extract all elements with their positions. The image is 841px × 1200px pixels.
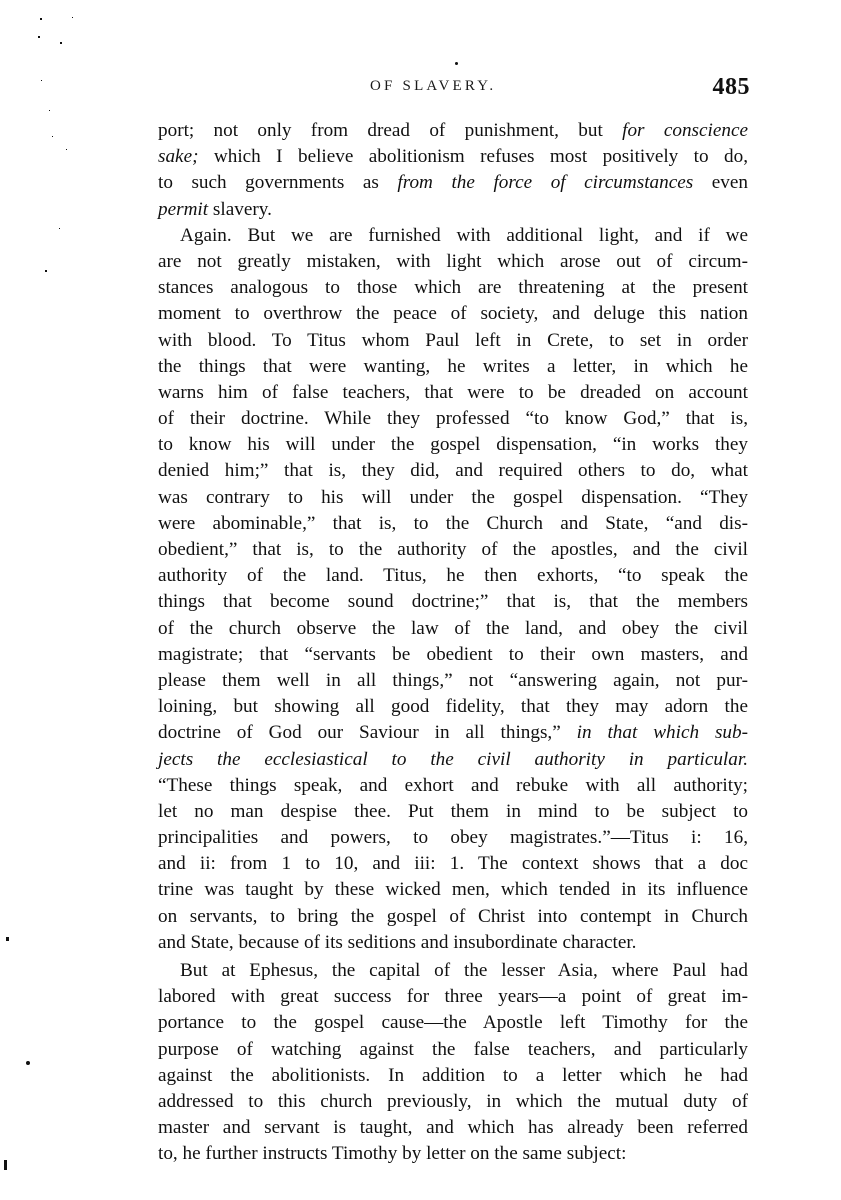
text-line: please them well in all things,” not “an… [158, 668, 748, 694]
text-run: let no man despise thee. Put them in min… [158, 801, 748, 822]
text-run: of their doctrine. While they professed … [158, 408, 748, 429]
scan-speck [45, 270, 47, 272]
text-line: things that become sound doctrine;” that… [158, 589, 748, 615]
scan-speck [4, 1160, 7, 1170]
text-run: were abominable,” that is, to the Church… [158, 513, 748, 534]
text-run: against the abolitionists. In addition t… [158, 1065, 748, 1086]
text-run: and State, because of its seditions and … [158, 932, 636, 953]
text-line: sake; which I believe abolitionism refus… [158, 144, 748, 170]
text-run: of the church observe the law of the lan… [158, 618, 748, 639]
text-line: doctrine of God our Saviour in all thing… [158, 720, 748, 746]
text-line: purpose of watching against the false te… [158, 1037, 748, 1063]
text-line: But at Ephesus, the capital of the lesse… [158, 958, 748, 984]
text-run: warns him of false teachers, that were t… [158, 382, 748, 403]
text-line: and ii: from 1 to 10, and iii: 1. The co… [158, 851, 748, 877]
body-text: port; not only from dread of punishment,… [158, 118, 748, 1168]
italic-text: sake; [158, 146, 198, 167]
text-run: labored with great success for three yea… [158, 986, 748, 1007]
text-line: obedient,” that is, to the authority of … [158, 537, 748, 563]
text-line: principalities and powers, to obey magis… [158, 825, 748, 851]
paragraph: But at Ephesus, the capital of the lesse… [158, 958, 748, 1168]
text-line: master and servant is taught, and which … [158, 1115, 748, 1141]
scanned-book-page: OF SLAVERY. 485 port; not only from drea… [0, 0, 841, 1200]
text-run: master and servant is taught, and which … [158, 1117, 748, 1138]
text-run: moment to overthrow the peace of society… [158, 303, 748, 324]
text-run: the things that were wanting, he writes … [158, 356, 748, 377]
text-run: portance to the gospel cause—the Apostle… [158, 1012, 748, 1033]
text-line: “These things speak, and exhort and rebu… [158, 773, 748, 799]
text-run: was contrary to his will under the gospe… [158, 487, 748, 508]
scan-speck [6, 937, 9, 941]
text-run: to such governments as [158, 172, 397, 193]
text-run: trine was taught by these wicked men, wh… [158, 879, 748, 900]
text-line: are not greatly mistaken, with light whi… [158, 249, 748, 275]
text-run: which I believe abolitionism refuses mos… [198, 146, 748, 167]
text-line: to know his will under the gospel dispen… [158, 432, 748, 458]
page-number: 485 [713, 74, 751, 101]
text-line: to, he further instructs Timothy by lett… [158, 1141, 748, 1167]
text-run: addressed to this church previously, in … [158, 1091, 748, 1112]
text-run: obedient,” that is, to the authority of … [158, 539, 748, 560]
scan-speck [60, 42, 62, 44]
text-line: moment to overthrow the peace of society… [158, 301, 748, 327]
text-line: jects the ecclesiastical to the civil au… [158, 747, 748, 773]
text-run: stances analogous to those which are thr… [158, 277, 748, 298]
text-run: even [693, 172, 748, 193]
text-run: doctrine of God our Saviour in all thing… [158, 722, 577, 743]
text-line: port; not only from dread of punishment,… [158, 118, 748, 144]
text-run: purpose of watching against the false te… [158, 1039, 748, 1060]
scan-speck [59, 228, 60, 229]
text-run: to, he further instructs Timothy by lett… [158, 1143, 626, 1164]
paragraph: port; not only from dread of punishment,… [158, 118, 748, 223]
text-run: principalities and powers, to obey magis… [158, 827, 748, 848]
text-line: addressed to this church previously, in … [158, 1089, 748, 1115]
text-run: “These things speak, and exhort and rebu… [158, 775, 748, 796]
text-line: warns him of false teachers, that were t… [158, 380, 748, 406]
text-line: were abominable,” that is, to the Church… [158, 511, 748, 537]
text-line: labored with great success for three yea… [158, 984, 748, 1010]
text-run: things that become sound doctrine;” that… [158, 591, 748, 612]
text-line: loining, but showing all good fidelity, … [158, 694, 748, 720]
text-line: trine was taught by these wicked men, wh… [158, 877, 748, 903]
text-line: to such governments as from the force of… [158, 170, 748, 196]
text-run: But at Ephesus, the capital of the lesse… [180, 960, 748, 981]
text-run: Again. But we are furnished with additio… [180, 225, 748, 246]
text-run: magistrate; that “servants be obedient t… [158, 644, 748, 665]
text-run: loining, but showing all good fidelity, … [158, 696, 748, 717]
text-line: on servants, to bring the gospel of Chri… [158, 904, 748, 930]
text-run: to know his will under the gospel dispen… [158, 434, 748, 455]
italic-text: from the force of circumstances [397, 172, 693, 193]
text-line: stances analogous to those which are thr… [158, 275, 748, 301]
text-line: magistrate; that “servants be obedient t… [158, 642, 748, 668]
italic-text: permit [158, 199, 208, 220]
scan-speck [41, 80, 42, 81]
text-line: and State, because of its seditions and … [158, 930, 748, 956]
paragraph: Again. But we are furnished with additio… [158, 223, 748, 956]
text-line: portance to the gospel cause—the Apostle… [158, 1010, 748, 1036]
text-line: of their doctrine. While they professed … [158, 406, 748, 432]
running-title: OF SLAVERY. [370, 78, 496, 95]
italic-text: for conscience [622, 120, 748, 141]
text-line: let no man despise thee. Put them in min… [158, 799, 748, 825]
running-head: OF SLAVERY. 485 [150, 76, 750, 100]
text-line: was contrary to his will under the gospe… [158, 485, 748, 511]
italic-text: jects the ecclesiastical to the civil au… [158, 749, 748, 770]
scan-speck [40, 18, 42, 20]
scan-speck [49, 110, 50, 111]
scan-speck [455, 62, 458, 65]
text-line: of the church observe the law of the lan… [158, 616, 748, 642]
scan-speck [38, 36, 40, 38]
text-line: the things that were wanting, he writes … [158, 354, 748, 380]
text-run: authority of the land. Titus, he then ex… [158, 565, 748, 586]
text-line: against the abolitionists. In addition t… [158, 1063, 748, 1089]
text-line: denied him;” that is, they did, and requ… [158, 458, 748, 484]
scan-speck [72, 17, 73, 18]
text-run: please them well in all things,” not “an… [158, 670, 748, 691]
text-run: denied him;” that is, they did, and requ… [158, 460, 748, 481]
text-line: authority of the land. Titus, he then ex… [158, 563, 748, 589]
scan-speck [66, 149, 67, 150]
text-line: with blood. To Titus whom Paul left in C… [158, 328, 748, 354]
text-run: and ii: from 1 to 10, and iii: 1. The co… [158, 853, 748, 874]
text-line: permit slavery. [158, 197, 748, 223]
italic-text: in that which sub- [577, 722, 748, 743]
text-run: with blood. To Titus whom Paul left in C… [158, 330, 748, 351]
scan-speck [52, 136, 53, 137]
scan-speck [26, 1061, 30, 1065]
text-run: slavery. [208, 199, 272, 220]
text-run: on servants, to bring the gospel of Chri… [158, 906, 748, 927]
text-run: are not greatly mistaken, with light whi… [158, 251, 748, 272]
text-line: Again. But we are furnished with additio… [158, 223, 748, 249]
text-run: port; not only from dread of punishment,… [158, 120, 622, 141]
